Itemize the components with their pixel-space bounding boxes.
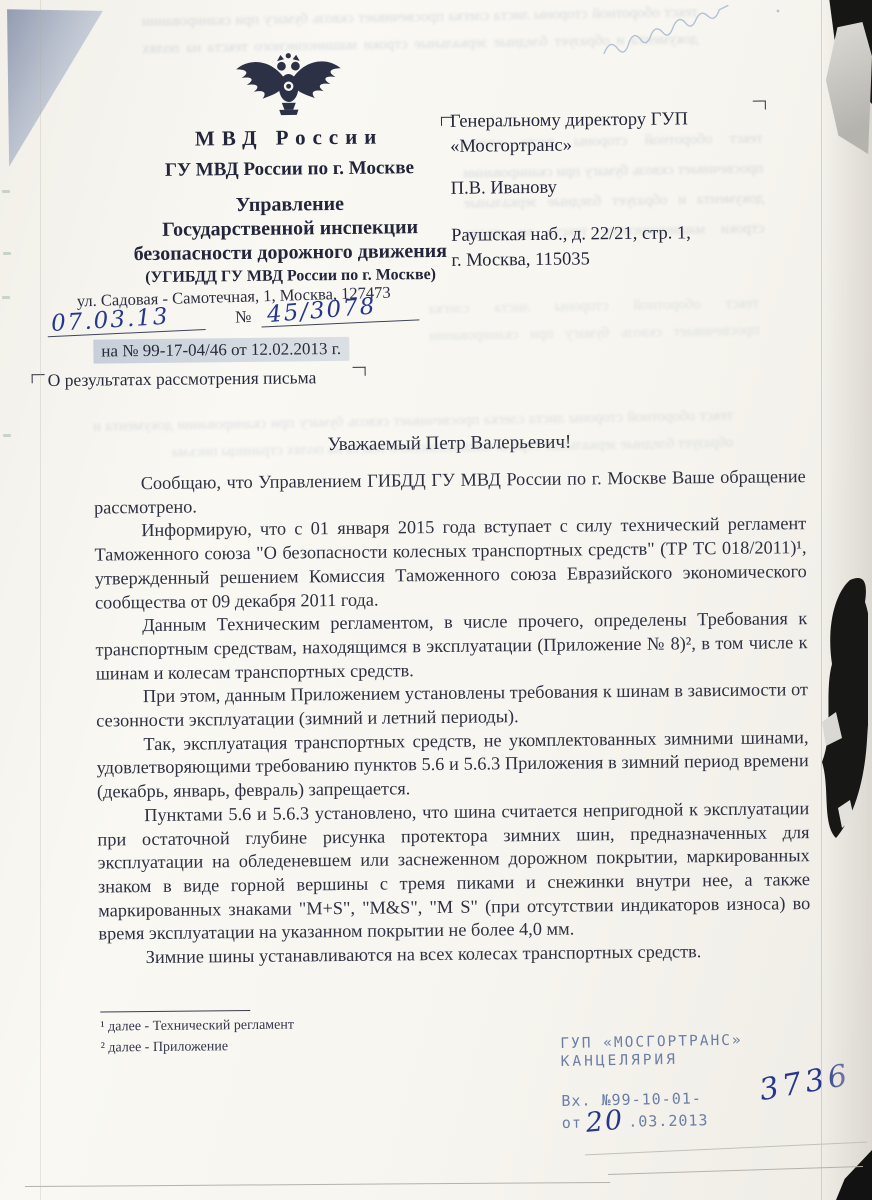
footnotes: ¹ далее - Технический регламент ² далее … [100,1008,460,1059]
addressee-address-line2: г. Москва, 115035 [451,245,781,273]
corner-mark-icon [441,117,454,126]
body-paragraph: При этом, данным Приложением установлены… [96,678,808,733]
department-line3: безопасности дорожного движения [114,239,466,267]
handwritten-note-scribble [592,0,797,70]
letter-content: текст оборотной стороны листа слегка про… [0,0,872,1200]
department-line2: Государственной инспекции [114,215,466,243]
department-line1: Управление [114,191,466,219]
body-paragraph: Так, эксплуатация транспортных средств, … [96,726,809,805]
body-paragraph: Информирую, что с 01 января 2015 года вс… [94,513,807,615]
outgoing-number-slot: 45/3078 [261,293,420,327]
margin-tick-mark [2,190,10,193]
addressee-title-line1: Генеральному директору ГУП [450,106,780,134]
reply-reference-line: на № 99-17-04/46 от 12.02.2013 г. [93,339,349,362]
reply-reference-highlight: на № 99-17-04/46 от 12.02.2013 г. [93,337,349,364]
handwritten-date-day: 20 [585,1112,625,1133]
letter-body: Сообщаю, что Управлением ГИБДД ГУ МВД Ро… [94,465,811,970]
margin-tick-mark [3,252,11,255]
org-name-main: ГУ МВД России по г. Москве [113,157,465,183]
margin-tick-mark [3,434,11,437]
addressee-address-line1: Раушская наб., д. 22/21, стр. 1, [451,220,781,248]
footnote-rule [100,1010,250,1013]
addressee-block: Генеральному директору ГУП «Мосгортранс»… [450,106,782,273]
vertical-fold-line [40,0,41,1200]
addressee-title-line2: «Мосгортранс» [450,131,780,159]
salutation: Уважаемый Петр Валерьевич! [93,429,805,458]
incoming-registration-stamp: ГУП «МОСГОРТРАНС» КАНЦЕЛЯРИЯ Вх. №99-10-… [560,1030,862,1132]
handwritten-outgoing-number: 45/3078 [266,293,377,328]
addressee-name: П.В. Иванову [451,173,781,201]
margin-tick-mark [2,296,10,299]
body-paragraph: Сообщаю, что Управлением ГИБДД ГУ МВД Ро… [94,465,806,520]
corner-mark-icon [352,367,365,376]
subject-line: О результатах рассмотрения письма [32,367,366,391]
stamp-date-line: от 20 .03.2013 [562,1108,862,1132]
footnote-2: ² далее - Приложение [101,1034,461,1059]
outgoing-date-slot: 07.03.13 [47,303,206,337]
org-name-top: МВД России [113,124,465,153]
corner-mark-icon [753,101,766,110]
body-paragraph: Пунктами 5.6 и 5.6.3 установлено, что ши… [97,797,810,947]
torn-edge-black-right [798,572,868,852]
stamp-date-prefix: от [562,1114,582,1132]
letterhead: МВД России ГУ МВД России по г. Москве Уп… [112,48,466,288]
corner-mark-icon [32,374,45,383]
handwritten-outgoing-date: 07.03.13 [50,304,170,337]
mvd-double-eagle-emblem [227,49,350,120]
scanned-letter-page: текст оборотной стороны листа слегка про… [0,0,872,1200]
number-sign-label: № [235,307,252,328]
subject-text: О результатах рассмотрения письма [48,367,317,391]
body-paragraph: Данным Техническим регламентом, в числе … [95,607,808,686]
stamp-date-rest: .03.2013 [628,1111,709,1131]
